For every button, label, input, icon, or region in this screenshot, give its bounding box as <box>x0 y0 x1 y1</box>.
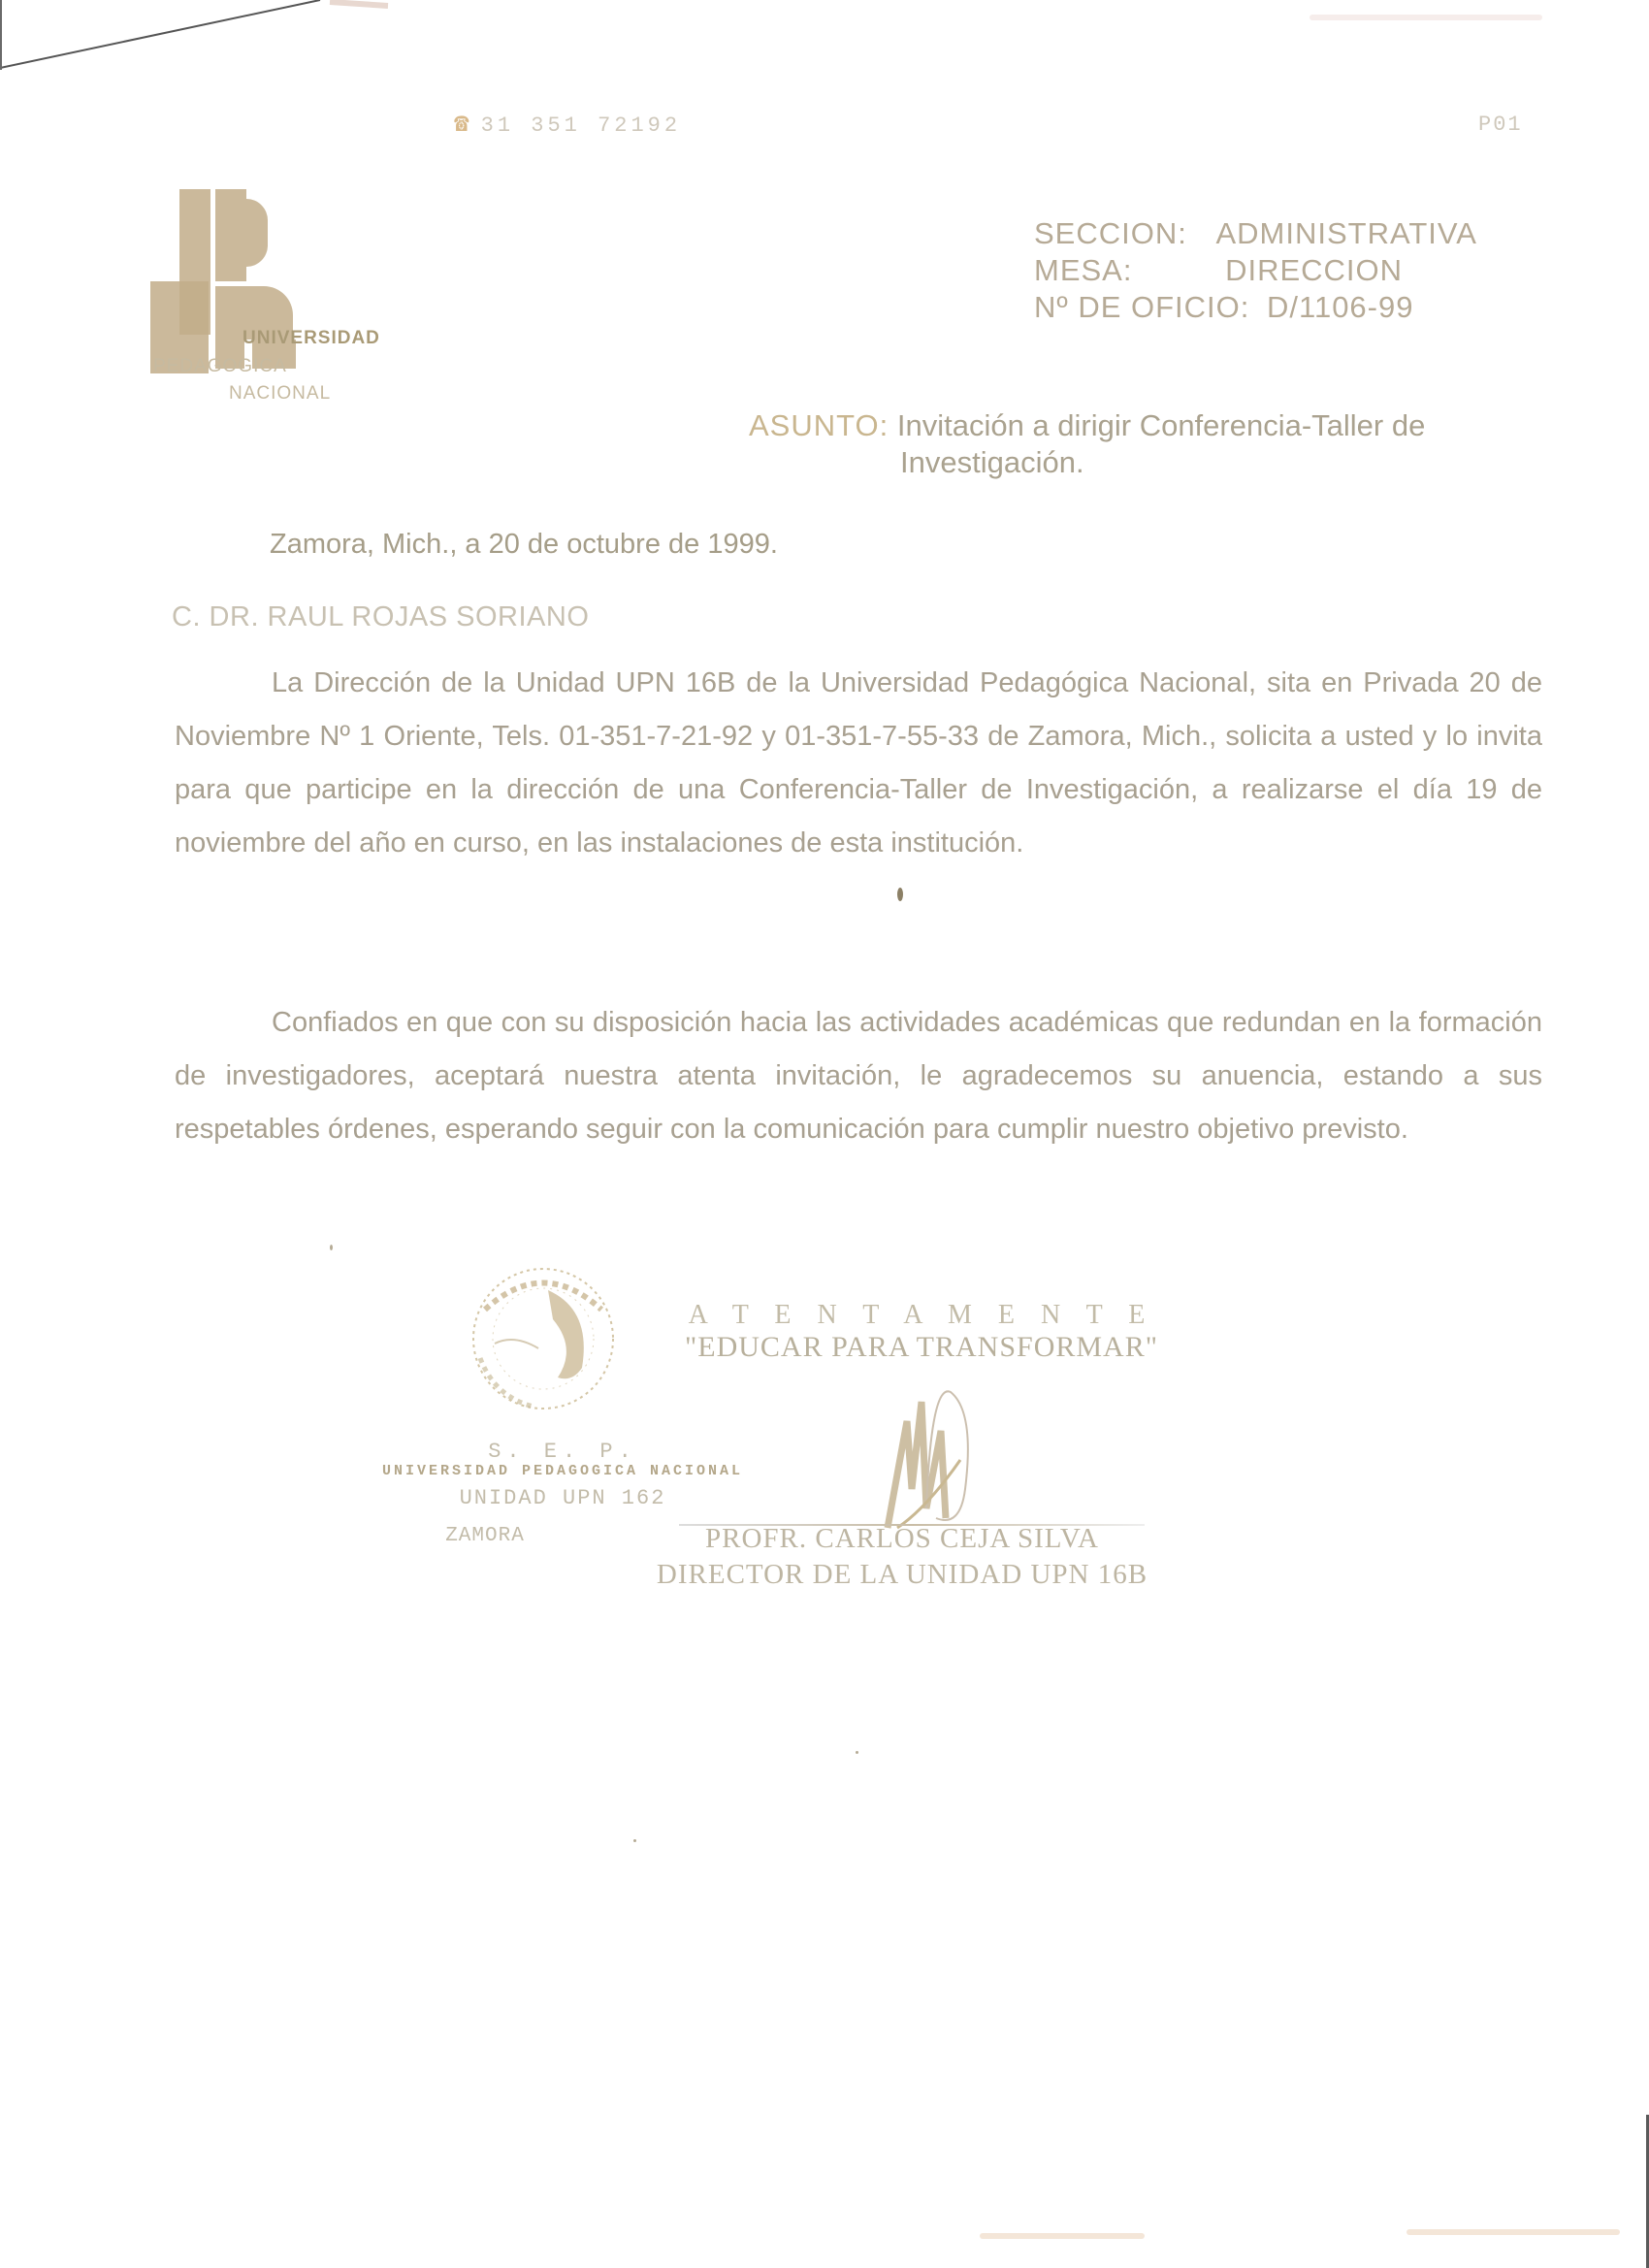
telephone-icon: ☎ <box>454 110 473 139</box>
scan-speck <box>330 1245 333 1250</box>
mesa-value: DIRECCION <box>1225 253 1403 287</box>
scan-edge-line <box>0 0 1649 87</box>
paragraph-2-text: Confiados en que con su disposición haci… <box>175 1007 1542 1145</box>
signer-title: DIRECTOR DE LA UNIDAD UPN 16B <box>621 1555 1183 1594</box>
closing-block: A T E N T A M E N T E "EDUCAR PARA TRANS… <box>621 1300 1222 1364</box>
logo-text-universidad: UNIVERSIDAD <box>242 328 380 349</box>
scan-smudge <box>1406 2229 1620 2235</box>
mesa-label: MESA: <box>1034 253 1132 287</box>
stamp-unidad: UNIDAD UPN 162 <box>349 1486 776 1510</box>
seccion-value: ADMINISTRATIVA <box>1215 216 1476 250</box>
logo-text-nacional: NACIONAL <box>229 383 331 405</box>
scan-left-border <box>0 0 2 70</box>
subject-label: ASUNTO: <box>749 408 889 442</box>
body-paragraph-1: La Dirección de la Unidad UPN 16B de la … <box>175 657 1542 870</box>
subject-block: ASUNTO: Invitación a dirigir Conferencia… <box>749 407 1505 481</box>
oficio-value: D/1106-99 <box>1267 290 1413 324</box>
fax-phone-number: 31 351 72192 <box>481 113 681 138</box>
upn-logo: UNIVERSIDAD PEDAGOGICA NACIONAL <box>145 189 398 412</box>
subject-line-1: Invitación a dirigir Conferencia-Taller … <box>897 408 1425 442</box>
stamp-university: UNIVERSIDAD PEDAGOGICA NACIONAL <box>349 1463 776 1479</box>
seccion-label: SECCION: <box>1034 216 1187 250</box>
closing-atentamente: A T E N T A M E N T E <box>621 1300 1222 1331</box>
seccion-row: SECCION: ADMINISTRATIVA <box>1034 215 1477 252</box>
recipient: C. DR. RAUL ROJAS SORIANO <box>172 601 589 633</box>
official-seal-icon <box>456 1251 640 1416</box>
scan-smudge <box>1309 15 1542 20</box>
letter-date: Zamora, Mich., a 20 de octubre de 1999. <box>270 529 778 561</box>
closing-motto: "EDUCAR PARA TRANSFORMAR" <box>621 1331 1222 1364</box>
stamp-sep: S. E. P. <box>349 1440 776 1464</box>
fax-page-marker: P01 <box>1478 113 1523 137</box>
body-paragraph-2: Confiados en que con su disposición haci… <box>175 996 1542 1156</box>
oficio-row: Nº DE OFICIO: D/1106-99 <box>1034 289 1477 326</box>
fax-header: ☎31 351 72192 <box>454 109 681 139</box>
oficio-label: Nº DE OFICIO: <box>1034 290 1249 324</box>
stamp-city: ZAMORA <box>339 1525 630 1547</box>
subject-line-2: Investigación. <box>749 444 1505 481</box>
scan-smudge <box>980 2233 1145 2239</box>
signer-block: PROFR. CARLOS CEJA SILVA DIRECTOR DE LA … <box>621 1523 1183 1594</box>
scan-speck <box>897 888 903 901</box>
signer-name: PROFR. CARLOS CEJA SILVA <box>621 1523 1183 1555</box>
reference-block: SECCION: ADMINISTRATIVA MESA: DIRECCION … <box>1034 215 1477 326</box>
handwritten-signature-icon <box>868 1373 994 1538</box>
scan-speck <box>633 1839 636 1842</box>
mesa-row: MESA: DIRECCION <box>1034 252 1477 289</box>
paragraph-1-text: La Dirección de la Unidad UPN 16B de la … <box>175 667 1542 859</box>
scan-speck <box>856 1751 858 1754</box>
logo-text-pedagogica: PEDAGOGICA <box>153 356 287 377</box>
